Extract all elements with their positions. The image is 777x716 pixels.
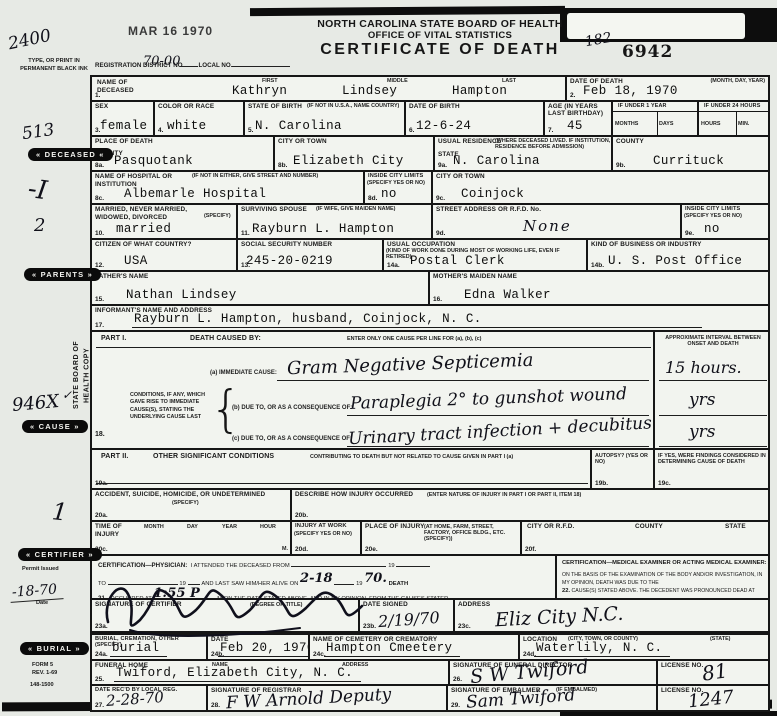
certificate-title: CERTIFICATE OF DEATH <box>280 41 600 59</box>
director-license-value: 81 <box>700 658 729 685</box>
injury-county-header: COUNTY <box>632 522 665 531</box>
hospital-value: Albemarle Hospital <box>124 187 266 201</box>
age-value: 45 <box>567 119 583 133</box>
field-label: AGE (IN YEARS LAST BIRTHDAY) <box>545 102 611 117</box>
field-place-of-death-city: CITY OR TOWN 8b. Elizabeth City <box>273 135 435 172</box>
field-label: INJURY AT WORK <box>292 522 349 530</box>
field-date-of-death: DATE OF DEATH (MONTH, DAY, YEAR) 2. Feb … <box>565 75 770 102</box>
field-sex: SEX 3. female <box>90 100 155 137</box>
interval-a-value: 15 hours. <box>665 358 742 377</box>
field-label: INSIDE CITY LIMITS <box>365 172 425 180</box>
field-age: AGE (IN YEARS LAST BIRTHDAY) 7. 45 <box>543 100 613 137</box>
due-to-b-value: Paraplegia 2° to gunshot wound <box>350 384 628 414</box>
form-revision: REV. 1-69 <box>32 670 57 678</box>
citizen-value: USA <box>124 254 148 268</box>
field-ssn: SOCIAL SECURITY NUMBER 13. 245-20-0219 <box>236 238 384 272</box>
certification-medical-examiner-box: CERTIFICATION—MEDICAL EXAMINER OR ACTING… <box>555 554 770 600</box>
immediate-cause-label: (a) IMMEDIATE CAUSE: <box>210 370 277 376</box>
occupation-value: Postal Clerk <box>410 254 505 268</box>
field-label: ACCIDENT, SUICIDE, HOMICIDE, OR UNDETERM… <box>92 490 292 499</box>
field-injury-at-work: INJURY AT WORK (SPECIFY YES OR NO) 20d. <box>290 520 362 556</box>
field-registrar-signature: SIGNATURE OF REGISTRAR 28. F W Arnold De… <box>206 684 448 712</box>
field-label: IF UNDER 1 YEAR <box>615 102 669 110</box>
field-color-or-race: COLOR OR RACE 4. white <box>153 100 245 137</box>
field-name-of-deceased: NAME OFDECEASED FIRST MIDDLE LAST 1. Kat… <box>90 75 567 102</box>
field-mother-name: MOTHER'S MAIDEN NAME 16. Edna Walker <box>428 270 770 306</box>
field-label: STATE OF BIRTH <box>245 102 304 111</box>
part2-label: PART II. <box>98 452 131 462</box>
surviving-spouse-value: Rayburn L. Hampton <box>252 222 394 236</box>
field-funeral-director-signature: SIGNATURE OF FUNERAL DIRECTOR 26. S W Tw… <box>448 659 658 686</box>
injury-state-header: STATE <box>722 522 748 531</box>
due-to-c-value: Urinary tract infection + decubitus ulce… <box>348 411 702 449</box>
field-autopsy-findings: IF YES, WERE FINDINGS CONSIDERED IN DETE… <box>653 448 770 490</box>
physician-cert-line1: CERTIFICATION—PHYSICIAN: I ATTENDED THE … <box>98 560 430 569</box>
field-accident-type: ACCIDENT, SUICIDE, HOMICIDE, OR UNDETERM… <box>90 488 292 522</box>
field-label: SURVIVING SPOUSE <box>238 205 309 214</box>
field-date-of-birth: DATE OF BIRTH 6. 12-6-24 <box>404 100 545 137</box>
injury-city-header: CITY OR R.F.D. <box>524 522 576 531</box>
residence-city-value: Coinjock <box>461 187 524 201</box>
field-label: MARRIED, NEVER MARRIED, WIDOWED, DIVORCE… <box>92 205 207 222</box>
field-informant: INFORMANT'S NAME AND ADDRESS 17. Rayburn… <box>90 304 770 332</box>
death-county-value: Pasquotank <box>114 154 193 168</box>
middle-name-value: Lindsey <box>342 84 397 98</box>
local-no-label: LOCAL NO. <box>198 62 232 69</box>
certifier-address-value: Eliz City N.C. <box>495 603 624 632</box>
months-subcell: MONTHS <box>613 111 658 138</box>
inside-city-limits-death-value: no <box>381 187 397 201</box>
residence-state-value: N. Carolina <box>453 154 540 168</box>
interval-b-value: yrs <box>689 390 715 410</box>
informant-value: Rayburn L. Hampton, husband, Coinjock, N… <box>132 312 702 328</box>
me-cert-basis: ON THE BASIS OF THE EXAMINATION OF THE B… <box>562 572 767 588</box>
field-license-no-embalmer: LICENSE NO. 1247 <box>656 684 770 712</box>
caused-by-label: DEATH CAUSED BY: <box>187 334 263 344</box>
burial-location-value: Waterlily, N. C. <box>534 641 670 657</box>
form-code: 148-1500 <box>30 682 54 690</box>
registration-district-value: 70-00 <box>143 54 180 69</box>
field-how-injury-occurred: DESCRIBE HOW INJURY OCCURRED (ENTER NATU… <box>290 488 770 522</box>
field-label: TIME OFINJURY <box>92 522 131 539</box>
field-label: DESCRIBE HOW INJURY OCCURRED <box>292 490 415 499</box>
deceased-stamp: « DECEASED « <box>28 148 113 161</box>
field-surviving-spouse: SURVIVING SPOUSE (IF WIFE, GIVE MAIDEN N… <box>236 203 433 240</box>
burial-stamp: « BURIAL » <box>20 642 89 655</box>
margin-date-label: Date <box>36 600 48 608</box>
field-place-of-injury: PLACE OF INJURY (AT HOME, FARM, STREET, … <box>360 520 522 556</box>
registration-district-label: REGISTRATION DISTRICT NO. <box>95 62 143 69</box>
interval-c-value: yrs <box>689 422 715 442</box>
race-value: white <box>167 119 207 133</box>
type-print-instruction: TYPE, OR PRINT IN PERMANENT BLACK INK <box>18 58 90 74</box>
field-industry: KIND OF BUSINESS OR INDUSTRY 14b. U. S. … <box>586 238 770 272</box>
part2-other-conditions: PART II. OTHER SIGNIFICANT CONDITIONS CO… <box>90 448 592 490</box>
registration-district-row: REGISTRATION DISTRICT NO.70-00LOCAL NO. <box>95 54 290 72</box>
field-label: INSIDE CITY LIMITS <box>682 205 742 213</box>
field-if-under-1-year: IF UNDER 1 YEAR MONTHS DAYS <box>611 100 699 137</box>
field-label: USUAL RESIDENCE <box>435 137 503 146</box>
field-time-of-injury: TIME OFINJURY MONTH DAY YEAR HOUR 20c. M… <box>90 520 292 556</box>
autopsy-label: AUTOPSY? (YES OR NO) <box>595 453 653 465</box>
field-label: DATE OF BIRTH <box>406 102 462 111</box>
certificate-number: 6942 <box>622 42 673 62</box>
cause-stamp: « CAUSE » <box>22 420 88 433</box>
field-father-name: FATHER'S NAME 15. Nathan Lindsey <box>90 270 430 306</box>
scanned-death-certificate: { "header": { "stamp_date": "MAR 16 1970… <box>0 0 777 716</box>
field-citizen: CITIZEN OF WHAT COUNTRY? 12. USA <box>90 238 238 272</box>
field-residence-city: CITY OR TOWN 9c. Coinjock <box>431 170 770 205</box>
field-residence-state: USUAL RESIDENCE (WHERE DECEASED LIVED. I… <box>433 135 613 172</box>
burial-type-value: burial <box>110 641 167 657</box>
form-number: FORM 5 <box>32 662 53 670</box>
field-label: PLACE OF INJURY <box>362 522 427 531</box>
first-name-value: Kathryn <box>232 84 287 98</box>
field-license-no-director: LICENSE NO. 81 <box>656 659 770 686</box>
field-funeral-home: FUNERAL HOME NAME ADDRESS 25. Twiford, E… <box>90 659 450 686</box>
industry-value: U. S. Post Office <box>608 254 742 268</box>
due-to-b-label: (b) DUE TO, OR AS A CONSEQUENCE OF: <box>232 405 352 411</box>
state-of-birth-value: N. Carolina <box>255 119 342 133</box>
field-certifier-address: ADDRESS 23c. Eliz City N.C. <box>453 598 770 633</box>
other-conditions-label: OTHER SIGNIFICANT CONDITIONS <box>150 452 276 462</box>
field-occupation: USUAL OCCUPATION (KIND OF WORK DONE DURI… <box>382 238 588 272</box>
field-label: CITY OR TOWN <box>433 172 487 181</box>
certifier-signature <box>100 570 380 640</box>
inside-city-limits-residence-value: no <box>704 222 720 236</box>
field-embalmer-signature: SIGNATURE OF EMBALMER (IF EMBALMED) 29. … <box>446 684 658 712</box>
certifier-stamp: « CERTIFIER » <box>18 548 102 561</box>
field-label: IF UNDER 24 HOURS <box>701 102 762 110</box>
margin-mark-1: 1 <box>51 497 69 526</box>
field-label: SEX <box>92 102 110 111</box>
funeral-home-value: Twiford, Elizabeth City, N. C. <box>114 666 361 682</box>
ssn-value: 245-20-0219 <box>246 254 333 268</box>
days-subcell: DAYS <box>657 111 699 138</box>
street-address-value: None <box>523 217 572 235</box>
field-burial-location: LOCATION (CITY, TOWN, OR COUNTY) (STATE)… <box>518 633 770 661</box>
date-received-value: 2-28-70 <box>105 688 164 710</box>
cemetery-value: Hampton Cmeetery <box>324 641 460 657</box>
permit-issued-note: Permit Issued <box>22 566 59 574</box>
hours-subcell: HOURS <box>699 111 737 138</box>
findings-label: IF YES, WERE FINDINGS CONSIDERED IN DETE… <box>658 453 768 465</box>
field-if-under-24-hours: IF UNDER 24 HOURS HOURS MIN. <box>697 100 770 137</box>
father-name-value: Nathan Lindsey <box>126 288 237 302</box>
field-state-of-birth: STATE OF BIRTH (IF NOT IN U.S.A., NAME C… <box>243 100 406 137</box>
marital-status-value: married <box>116 222 171 236</box>
margin-note-946x: 946X <box>11 391 60 416</box>
field-label: COLOR OR RACE <box>155 102 216 111</box>
received-date-stamp: MAR 16 1970 <box>128 24 213 38</box>
margin-checkmark: ✓ <box>62 388 72 402</box>
field-label: ADDRESS <box>455 600 492 609</box>
date-signed-value: 2/19/70 <box>377 608 440 631</box>
embalmer-license-value: 1247 <box>687 687 735 713</box>
parents-stamp: « PARENTS » <box>24 268 101 281</box>
field-injury-location: CITY OR R.F.D. COUNTY STATE 20f. <box>520 520 770 556</box>
residence-county-value: Currituck <box>653 154 724 168</box>
field-autopsy: AUTOPSY? (YES OR NO) 19b. <box>590 448 655 490</box>
field-date-received: DATE REC'D BY LOCAL REG. 27. 2-28-70 <box>90 684 208 712</box>
office-name: OFFICE OF VITAL STATISTICS <box>290 30 590 41</box>
sex-value: female <box>100 119 147 133</box>
field-label: KIND OF BUSINESS OR INDUSTRY <box>588 240 703 249</box>
date-of-death-value: Feb 18, 1970 <box>583 84 678 98</box>
me-cert-title: CERTIFICATION—MEDICAL EXAMINER OR ACTING… <box>562 560 767 566</box>
field-label: LICENSE NO. <box>658 661 705 670</box>
field-label: CITY OR TOWN <box>275 137 329 146</box>
field-street-address: STREET ADDRESS OR R.F.D. No. 9d. None <box>431 203 682 240</box>
part1-cause-of-death: PART I. DEATH CAUSED BY: ENTER ONLY ONE … <box>90 330 655 450</box>
margin-mark-2: 2 <box>34 215 45 236</box>
field-inside-city-limits-death: INSIDE CITY LIMITS (SPECIFY YES OR NO) 8… <box>363 170 433 205</box>
date-of-birth-value: 12-6-24 <box>416 119 471 133</box>
field-hospital: NAME OF HOSPITAL OR INSTITUTION (IF NOT … <box>90 170 365 205</box>
part1-interval-column: APPROXIMATE INTERVAL BETWEEN ONSET AND D… <box>653 330 770 450</box>
field-label: PLACE OF DEATH <box>92 137 155 146</box>
field-label: CITIZEN OF WHAT COUNTRY? <box>92 240 194 249</box>
field-label: COUNTY <box>613 137 646 146</box>
last-name-value: Hampton <box>452 84 507 98</box>
death-city-value: Elizabeth City <box>293 154 404 168</box>
field-label: MOTHER'S MAIDEN NAME <box>430 272 519 281</box>
field-place-of-death-county: PLACE OF DEATH COUNTY 8a. Pasquotank <box>90 135 275 172</box>
interval-label: APPROXIMATE INTERVAL BETWEEN ONSET AND D… <box>659 335 767 347</box>
mother-name-value: Edna Walker <box>464 288 551 302</box>
field-residence-county: COUNTY 9b. Currituck <box>611 135 770 172</box>
field-label: STREET ADDRESS OR R.F.D. No. <box>433 205 543 214</box>
field-marital-status: MARRIED, NEVER MARRIED, WIDOWED, DIVORCE… <box>90 203 238 240</box>
part1-label: PART I. <box>98 334 128 344</box>
immediate-cause-value: Gram Negative Septicemia <box>287 350 534 380</box>
conditions-note: CONDITIONS, IF ANY, WHICH GAVE RISE TO I… <box>130 392 208 421</box>
field-label: SOCIAL SECURITY NUMBER <box>238 240 334 249</box>
due-to-c-label: (c) DUE TO, OR AS A CONSEQUENCE OF: <box>232 436 352 442</box>
field-inside-city-limits-residence: INSIDE CITY LIMITS (SPECIFY YES OR NO) 9… <box>680 203 770 240</box>
board-name: NORTH CAROLINA STATE BOARD OF HEALTH <box>290 18 590 30</box>
min-subcell: MIN. <box>736 111 770 138</box>
